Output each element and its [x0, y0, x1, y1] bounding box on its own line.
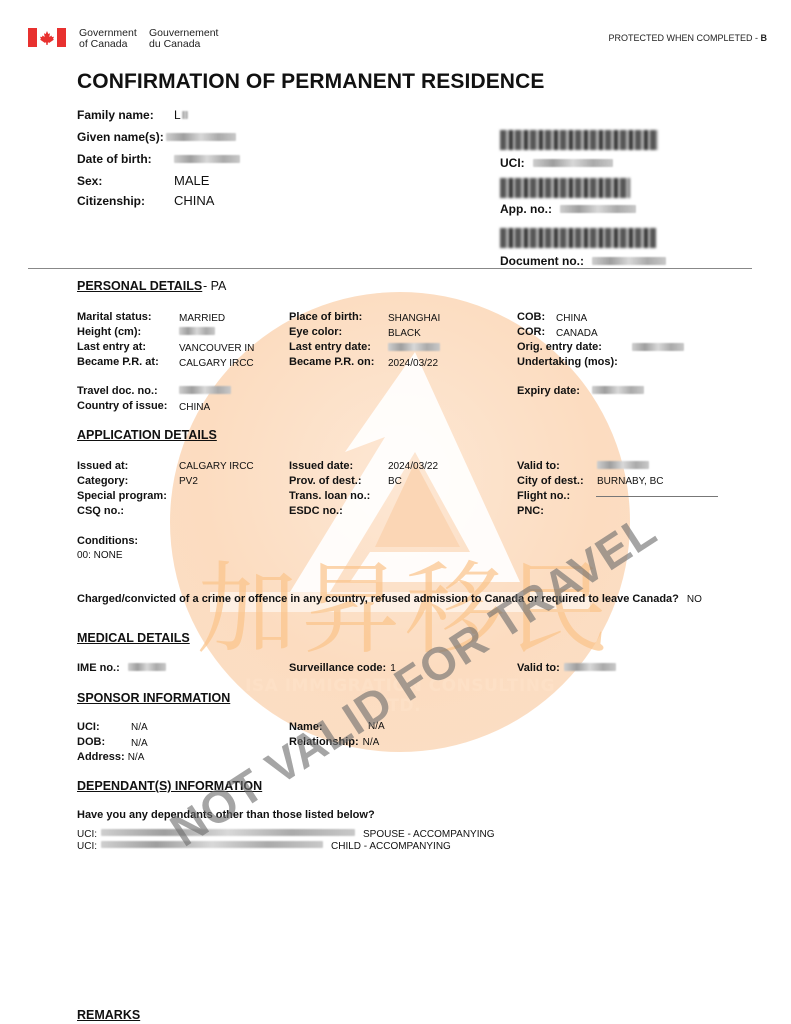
redacted — [174, 155, 240, 163]
personal-title-text: PERSONAL DETAILS — [77, 279, 202, 293]
country-of-issue-value: CHINA — [179, 402, 210, 413]
sponsor-address-label: Address: — [77, 751, 125, 763]
redacted — [564, 663, 616, 671]
citizenship-value: CHINA — [174, 193, 214, 208]
dependant-uci-label: UCI: — [77, 841, 97, 852]
protected-text: PROTECTED WHEN COMPLETED - — [608, 33, 760, 43]
redacted — [388, 343, 440, 351]
gov-en: Government of Canada — [79, 28, 137, 50]
gov-fr: Gouvernement du Canada — [149, 28, 218, 50]
application-details-title: APPLICATION DETAILS — [77, 428, 217, 442]
city-dest-value: BURNABY, BC — [597, 476, 664, 487]
became-pr-on-label: Became P.R. on: — [289, 356, 374, 368]
sex-label: Sex: — [77, 174, 102, 188]
app-barcode — [500, 178, 630, 198]
redacted — [166, 133, 236, 141]
redacted — [128, 663, 166, 671]
gov-fr-line2: du Canada — [149, 39, 218, 50]
document-barcode — [500, 228, 656, 248]
conditions-value: 00: NONE — [77, 550, 123, 561]
page-title: CONFIRMATION OF PERMANENT RESIDENCE — [77, 70, 544, 94]
ime-label: IME no.: — [77, 662, 120, 674]
surveillance-label: Surveillance code: — [289, 662, 386, 674]
became-pr-on-value: 2024/03/22 — [388, 358, 438, 369]
remarks-title: REMARKS — [77, 1008, 140, 1022]
esdc-label: ESDC no.: — [289, 505, 343, 517]
redacted — [592, 386, 644, 394]
sponsor-address-value: N/A — [128, 752, 145, 763]
dob-label: Date of birth: — [77, 152, 152, 166]
gov-en-line2: of Canada — [79, 39, 137, 50]
redacted — [533, 159, 613, 167]
personal-details-title: PERSONAL DETAILS — [77, 279, 202, 293]
personal-suffix: - PA — [203, 279, 226, 293]
redacted — [597, 461, 649, 469]
uci-barcode — [500, 130, 658, 150]
canada-flag-icon — [28, 28, 66, 47]
redacted — [592, 257, 666, 265]
medical-details-title: MEDICAL DETAILS — [77, 631, 190, 645]
became-pr-at-label: Became P.R. at: — [77, 356, 159, 368]
redacted — [632, 343, 684, 351]
pnc-label: PNC: — [517, 505, 544, 517]
protected-label: PROTECTED WHEN COMPLETED - B — [608, 33, 767, 43]
uci-label: UCI: — [500, 156, 525, 170]
country-of-issue-label: Country of issue: — [77, 400, 167, 412]
document-no-label: Document no.: — [500, 254, 584, 268]
prov-dest-value: BC — [388, 476, 402, 487]
app-no-label: App. no.: — [500, 202, 552, 216]
flight-underline — [596, 496, 718, 497]
redacted — [560, 205, 636, 213]
redacted — [179, 327, 215, 335]
sex-value: MALE — [174, 173, 209, 188]
family-name-label: Family name: — [77, 108, 154, 122]
became-pr-at-value: CALGARY IRCC — [179, 358, 254, 369]
dependant-relation: CHILD - ACCOMPANYING — [331, 841, 451, 852]
redacted — [182, 111, 188, 119]
sponsor-uci-value: N/A — [131, 722, 148, 733]
family-name-value: L — [174, 108, 181, 122]
redacted — [179, 386, 231, 394]
given-names-label: Given name(s): — [77, 130, 164, 144]
medical-valid-to-label: Valid to: — [517, 662, 560, 674]
admissibility-answer: NO — [687, 594, 702, 605]
csq-label: CSQ no.: — [77, 505, 124, 517]
citizenship-label: Citizenship: — [77, 194, 145, 208]
header-divider — [28, 268, 752, 269]
category-value: PV2 — [179, 476, 198, 487]
dependant-row: UCI:CHILD - ACCOMPANYING — [77, 836, 451, 854]
expiry-date-label: Expiry date: — [517, 385, 580, 397]
undertaking-label: Undertaking (mos): — [517, 356, 618, 368]
sponsor-info-title: SPONSOR INFORMATION — [77, 691, 230, 705]
protected-level: B — [761, 33, 768, 43]
